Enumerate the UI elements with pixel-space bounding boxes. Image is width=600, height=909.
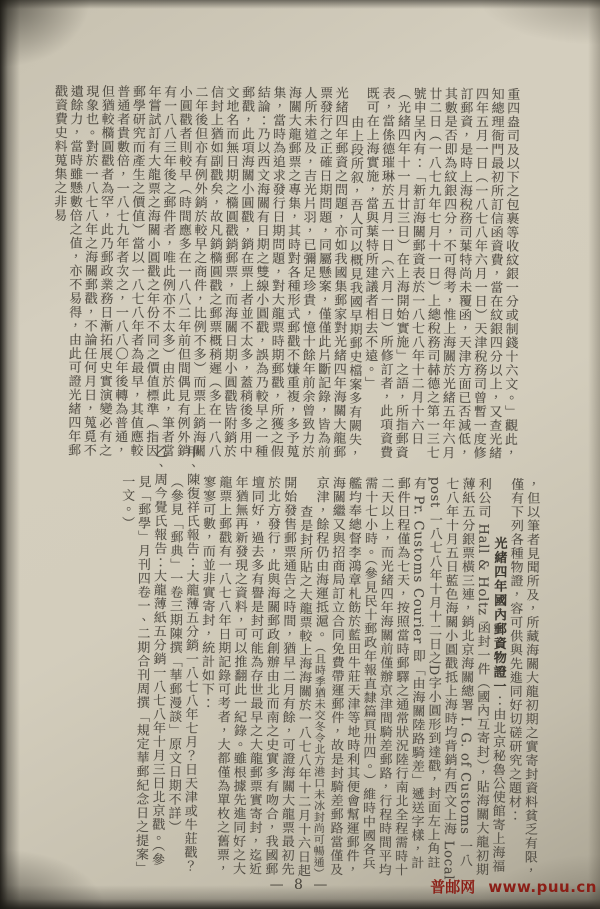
page-number: — 8 — — [252, 877, 348, 893]
list-item-yi: 乙、周今覺氏報告：大龍薄紙五分銷一八七八年十月三日北京戳。（參見「郵學」月刊四卷… — [115, 475, 166, 879]
site-watermark: 普邮网www.puu.cn — [430, 876, 597, 897]
section-heading: 光緒四年國內郵資物證一 — [490, 536, 506, 693]
paragraph-continuation: ，但以筆者見聞所及，所藏海關大龍初期之實寄封資料貧乏有限，僅有下列各種物證，容可… — [504, 477, 539, 881]
text-register-bottom: ，但以筆者見聞所及，所藏海關大龍初期之實寄封資料貧乏有限，僅有下列各種物證，容可… — [83, 474, 540, 881]
list-item-jia: 甲、陳復祥氏報告：大龍薄五分銷一八七八年七月？日天津或牛莊戳？（參見「郵典」一卷… — [164, 475, 199, 879]
text-register-top: 重四盎司及以下之包裹等收紋銀一分或制錢十六文。」觀此，知總理衙門最初所訂信函資費… — [87, 85, 520, 468]
watermark-url: www.puu.cn — [488, 878, 597, 896]
inline-small-note: （且時季猶未交冬令北方港口未冰封尚可暢通） — [312, 642, 327, 879]
paragraph-continuation-quote: 重四盎司及以下之包裹等收紋銀一分或制錢十六文。」觀此，知總理衙門最初所訂信函資費… — [361, 86, 520, 467]
paragraph-discussion: 由上段所叙，吾人可以概見我國早期郵史檔案多有闕失，光緒四年郵資之問題，亦如我國集… — [49, 84, 364, 466]
scanned-book-page: 重四盎司及以下之包裹等收紋銀一分或制錢十六文。」觀此，知總理衙門最初所訂信函資費… — [0, 0, 600, 909]
paragraph-evidence-1: 光緒四年國內郵資物證一：由北京秘魯公使館寄上海福利公司 Hall & Holtz… — [310, 476, 507, 881]
section-heading-body: ：由北京秘魯公使館寄上海福利公司 Hall & Holtz 函封一件（國內互寄封… — [313, 476, 506, 880]
paragraph-analysis: 查是封所貼之大龍票較上海海關於一八七八年十二月十六日起開始發售郵票通告之時間，猶… — [196, 475, 312, 880]
watermark-site-name: 普邮网 — [430, 878, 475, 896]
